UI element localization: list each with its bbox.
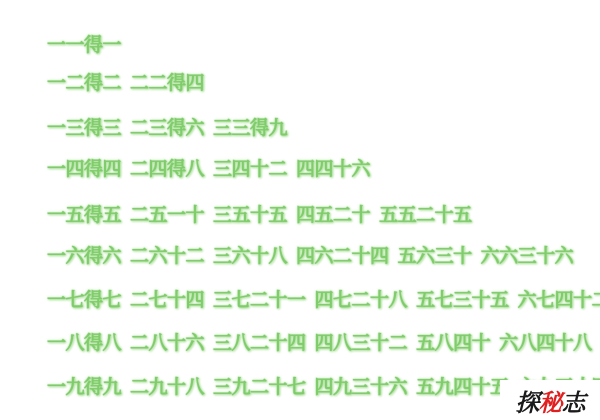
table-entry: 二五一十 bbox=[130, 204, 204, 226]
table-entry: 五九四十五 bbox=[416, 376, 509, 398]
watermark-char-2: 秘 bbox=[539, 383, 562, 418]
table-entry: 四四十六 bbox=[296, 158, 370, 180]
table-row-1: 一一得一 bbox=[47, 30, 130, 57]
table-row-8: 一八得八二八十六三八二十四四八三十二五八四十六八四十八 bbox=[47, 328, 600, 355]
table-entry: 五五二十五 bbox=[379, 204, 472, 226]
table-entry: 一一得一 bbox=[47, 34, 121, 56]
table-entry: 一三得三 bbox=[47, 117, 121, 139]
table-entry: 一五得五 bbox=[47, 204, 121, 226]
table-entry: 三七二十一 bbox=[213, 289, 306, 311]
table-entry: 六七四十二 bbox=[518, 289, 600, 311]
table-entry: 六六三十六 bbox=[481, 245, 574, 267]
table-entry: 二八十六 bbox=[130, 332, 204, 354]
table-entry: 一七得七 bbox=[47, 289, 121, 311]
table-row-3: 一三得三二三得六三三得九 bbox=[47, 113, 296, 140]
table-entry: 一二得二 bbox=[47, 72, 121, 94]
table-entry: 三五十五 bbox=[213, 204, 287, 226]
table-entry: 四七二十八 bbox=[315, 289, 408, 311]
table-entry: 二六十二 bbox=[130, 245, 204, 267]
table-row-7: 一七得七二七十四三七二十一四七二十八五七三十五六七四十二 bbox=[47, 285, 600, 312]
table-entry: 四八三十二 bbox=[315, 332, 408, 354]
table-entry: 三九二十七 bbox=[213, 376, 306, 398]
table-entry: 五七三十五 bbox=[416, 289, 509, 311]
table-entry: 二四得八 bbox=[130, 158, 204, 180]
table-entry: 五八四十 bbox=[416, 332, 490, 354]
table-entry: 六八四十八 bbox=[499, 332, 592, 354]
table-entry: 一八得八 bbox=[47, 332, 121, 354]
table-entry: 一四得四 bbox=[47, 158, 121, 180]
watermark-char-3: 志 bbox=[562, 383, 585, 418]
table-row-6: 一六得六二六十二三六十八四六二十四五六三十六六三十六 bbox=[47, 241, 582, 268]
table-row-5: 一五得五二五一十三五十五四五二十五五二十五 bbox=[47, 200, 481, 227]
table-entry: 四五二十 bbox=[296, 204, 370, 226]
table-entry: 三三得九 bbox=[213, 117, 287, 139]
table-row-4: 一四得四二四得八三四十二四四十六 bbox=[47, 154, 379, 181]
table-entry: 一九得九 bbox=[47, 376, 121, 398]
table-entry: 二三得六 bbox=[130, 117, 204, 139]
table-entry: 五六三十 bbox=[398, 245, 472, 267]
table-entry: 三六十八 bbox=[213, 245, 287, 267]
watermark-char-1: 探 bbox=[516, 383, 539, 418]
site-watermark-logo: 探秘志 bbox=[500, 380, 600, 420]
table-entry: 二七十四 bbox=[130, 289, 204, 311]
table-entry: 四六二十四 bbox=[296, 245, 389, 267]
table-entry: 四九三十六 bbox=[315, 376, 408, 398]
table-entry: 一六得六 bbox=[47, 245, 121, 267]
table-entry: 三四十二 bbox=[213, 158, 287, 180]
table-entry: 二九十八 bbox=[130, 376, 204, 398]
table-entry: 二二得四 bbox=[130, 72, 204, 94]
table-entry: 三八二十四 bbox=[213, 332, 306, 354]
table-row-2: 一二得二二二得四 bbox=[47, 68, 213, 95]
